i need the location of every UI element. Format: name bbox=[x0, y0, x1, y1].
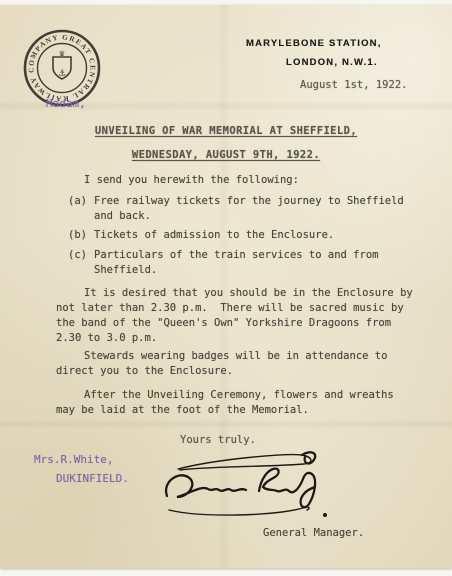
item-label: (b) bbox=[68, 228, 94, 243]
letterhead-station: MARYLEBONE STATION, bbox=[246, 38, 382, 49]
item-label: (a) bbox=[68, 194, 94, 224]
item-label: (c) bbox=[68, 248, 94, 278]
letter-paper: GREAT CENTRAL RAILWAY COMPANY ♛ ⚓ MARYLE… bbox=[0, 5, 452, 568]
list-item-b: (b) Tickets of admission to the Enclosur… bbox=[68, 228, 406, 243]
letterhead-city: LONDON, N.W.1. bbox=[286, 57, 378, 68]
item-text: Tickets of admission to the Enclosure. bbox=[94, 228, 406, 243]
body-paragraph-1: It is desired that you should be in the … bbox=[56, 286, 418, 346]
valediction: Yours truly. bbox=[180, 433, 256, 448]
list-item-a: (a) Free railway tickets for the journey… bbox=[68, 194, 406, 224]
letter-date: August 1st, 1922. bbox=[300, 78, 407, 93]
letter-title-line1: UNVEILING OF WAR MEMORIAL AT SHEFFIELD, bbox=[0, 124, 452, 139]
signer-title: General Manager. bbox=[263, 526, 364, 541]
addressee-place: DUKINFIELD. bbox=[56, 471, 129, 486]
item-text: Free railway tickets for the journey to … bbox=[94, 194, 406, 224]
body-paragraph-2: Stewards wearing badges will be in atten… bbox=[56, 349, 418, 379]
salutation: Madam, bbox=[46, 96, 86, 111]
body-paragraph-3: After the Unveiling Ceremony, flowers an… bbox=[56, 388, 418, 418]
addressee-name: Mrs.R.White, bbox=[34, 452, 113, 467]
scanned-letter-photo: { "letterhead": { "station": "MARYLEBONE… bbox=[0, 0, 452, 576]
list-item-c: (c) Particulars of the train services to… bbox=[68, 248, 406, 278]
item-text: Particulars of the train services to and… bbox=[94, 248, 406, 278]
sam-fay-signature bbox=[162, 449, 340, 523]
body-intro: I send you herewith the following: bbox=[56, 173, 416, 188]
letter-title-line2: WEDNESDAY, AUGUST 9TH, 1922. bbox=[0, 148, 452, 163]
anchor-icon: ⚓ bbox=[58, 66, 66, 79]
